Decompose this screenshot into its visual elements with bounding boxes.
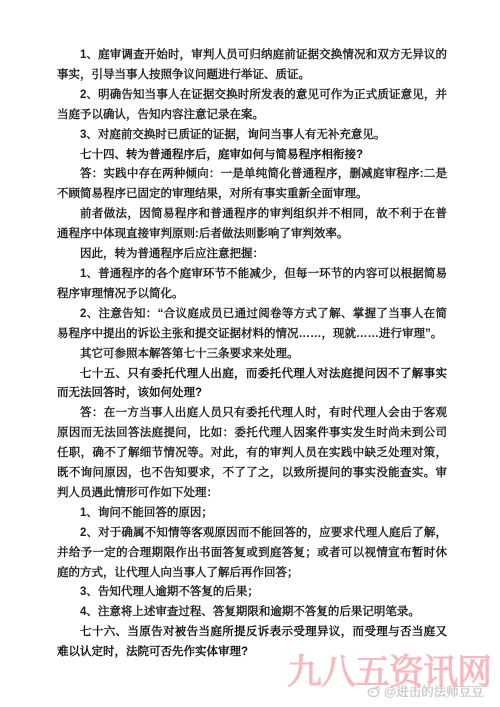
paragraph: 因此，转为普通程序后应注意把握： (57, 245, 447, 265)
user-watermark: @进击的法师豆豆 (366, 682, 484, 700)
paragraph: 前者做法，因简易程序和普通程序的审判组织并不相同，故不利于在普通程序中体现直接审… (57, 205, 447, 245)
paragraph: 2、注意告知：“合议庭成员已通过阅卷等方式了解、掌握了当事人在简易程序中提出的诉… (57, 305, 447, 345)
paragraph: 1、普通程序的各个庭审环节不能减少，但每一环节的内容可以根据简易程序审理情况予以… (57, 265, 447, 305)
paragraph: 答：在一方当事人出庭人员只有委托代理人时，有时代理人会由于客观原因而无法回答法庭… (57, 404, 447, 504)
question-heading: 七十五、只有委托代理人出庭，而委托代理人对法庭提问因不了解事实而无法回答时，该如… (57, 365, 447, 405)
question-heading: 七十四、转为普通程序后，庭审如何与简易程序相衔接? (57, 146, 447, 166)
paragraph: 4、注意将上述审查过程、答复期限和逾期不答复的后果记明笔录。 (57, 603, 447, 623)
paragraph: 其它可参照本解答第七十三条要求来处理。 (57, 345, 447, 365)
paragraph: 3、告知代理人逾期不答复的后果； (57, 583, 447, 603)
document-page: 1、庭审调查开始时，审判人员可归纳庭前证据交换情况和双方无异议的事实，引导当事人… (0, 0, 500, 707)
user-watermark-text: @进击的法师豆豆 (384, 682, 484, 700)
paragraph: 3、对庭前交换时已质证的证据，询问当事人有无补充意见。 (57, 126, 447, 146)
paragraph: 2、明确告知当事人在证据交换时所发表的意见可作为正式质证意见，并当庭予以确认，告… (57, 86, 447, 126)
document-body: 1、庭审调查开始时，审判人员可归纳庭前证据交换情况和双方无异议的事实，引导当事人… (57, 46, 447, 663)
paragraph: 1、庭审调查开始时，审判人员可归纳庭前证据交换情况和双方无异议的事实，引导当事人… (57, 46, 447, 86)
paragraph: 1、询问不能回答的原因； (57, 504, 447, 524)
paragraph: 2、对于确属不知情等客观原因而不能回答的，应要求代理人庭后了解，并给予一定的合理… (57, 524, 447, 584)
paragraph: 答：实践中存在两种倾向：一是单纯简化普通程序，删减庭审程序:二是不顾简易程序已固… (57, 165, 447, 205)
weibo-icon (366, 684, 381, 699)
